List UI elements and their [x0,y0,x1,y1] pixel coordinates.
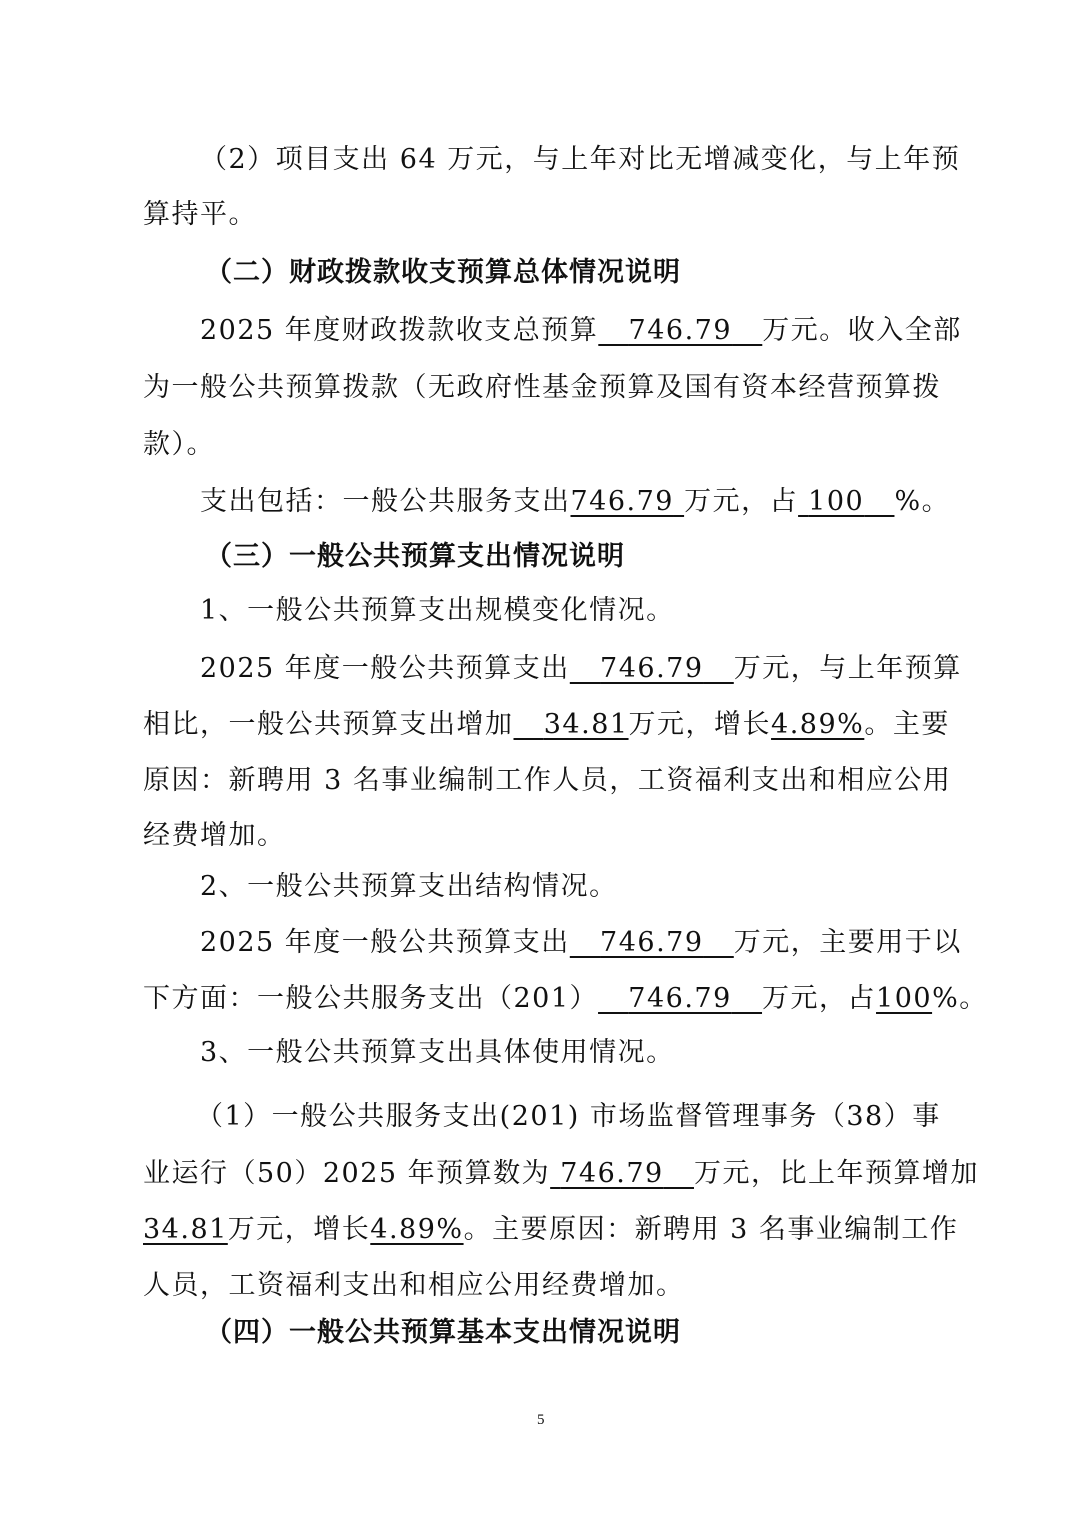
text: 万元，增长 [629,709,772,740]
text: 万元，占 [762,983,876,1014]
underlined-value: 746.79 [550,1158,694,1189]
subsection-2-title: 2、一般公共预算支出结构情况。 [200,870,618,904]
value: 746.79 [628,983,731,1014]
value: 746.79 [560,1158,663,1189]
underlined-percent: 100 [798,486,894,517]
value: 746.79 [629,315,732,346]
text: 万元，主要用于以 [734,927,962,958]
paragraph-scale-change: 2025 年度一般公共预算支出 746.79 万元，与上年预算 [200,652,962,686]
paragraph-structure: 2025 年度一般公共预算支出 746.79 万元，主要用于以 [200,926,962,960]
value: 34.81 [544,709,629,740]
document-page: （2）项目支出 64 万元，与上年对比无增减变化，与上年预 算持平。 （二）财政… [0,0,1074,1520]
paragraph-scale-change-reason-cont: 经费增加。 [143,819,286,853]
text: 万元。收入全部 [762,315,962,346]
text: 2025 年度一般公共预算支出 [200,653,570,684]
value: 746.79 [571,486,674,517]
underlined-value: 746.79 [570,653,734,684]
paragraph-fiscal-total: 2025 年度财政拨款收支总预算 746.79 万元。收入全部 [200,314,962,348]
text: 下方面：一般公共服务支出（201） [143,983,598,1014]
text: 。主要原因：新聘用 3 名事业编制工作 [464,1214,959,1245]
paragraph-specific-use-cont3: 人员，工资福利支出和相应公用经费增加。 [143,1269,685,1303]
text: 万元，比上年预算增加 [694,1158,979,1189]
subsection-3-title: 3、一般公共预算支出具体使用情况。 [200,1036,675,1070]
underlined-percent: 4.89% [771,709,864,740]
paragraph-project-expense: （2）项目支出 64 万元，与上年对比无增减变化，与上年预 [200,143,960,177]
text: 业运行（50）2025 年预算数为 [143,1158,550,1189]
subsection-1-title: 1、一般公共预算支出规模变化情况。 [200,594,675,628]
paragraph-project-expense-cont: 算持平。 [143,198,257,232]
underlined-percent: 100 [876,983,932,1014]
paragraph-fiscal-total-cont2: 款）。 [143,428,215,462]
paragraph-specific-use: （1）一般公共服务支出(201) 市场监督管理事务（38）事 [196,1100,941,1134]
paragraph-scale-change-reason: 原因：新聘用 3 名事业编制工作人员，工资福利支出和相应公用 [143,764,951,798]
page-number: 5 [537,1412,545,1429]
underlined-value: 34.81 [514,709,629,740]
paragraph-expense-includes: 支出包括：一般公共服务支出746.79 万元，占 100 %。 [200,485,950,519]
value: 100 [808,486,864,517]
text: 万元，占 [684,486,798,517]
underlined-value: 34.81 [143,1214,228,1245]
underlined-percent: 4.89% [370,1214,463,1245]
paragraph-structure-cont: 下方面：一般公共服务支出（201） 746.79 万元，占100%。 [143,982,988,1016]
section-heading-4: （四）一般公共预算基本支出情况说明 [205,1316,681,1350]
underlined-value: 746.79 [598,983,762,1014]
paragraph-specific-use-cont: 业运行（50）2025 年预算数为 746.79 万元，比上年预算增加 [143,1157,979,1191]
text: %。 [932,983,988,1014]
section-heading-3: （三）一般公共预算支出情况说明 [205,540,625,574]
text: 支出包括：一般公共服务支出 [200,486,571,517]
value: 746.79 [600,653,703,684]
text: 相比，一般公共预算支出增加 [143,709,514,740]
underlined-value: 746.79 [570,927,734,958]
underlined-value: 746.79 [598,315,762,346]
section-heading-2: （二）财政拨款收支预算总体情况说明 [205,256,681,290]
text: 2025 年度财政拨款收支总预算 [200,315,598,346]
text: 万元，与上年预算 [734,653,962,684]
underlined-value: 746.79 [571,486,685,517]
text: %。 [894,486,950,517]
paragraph-specific-use-cont2: 34.81万元，增长4.89%。主要原因：新聘用 3 名事业编制工作 [143,1213,958,1247]
text: 2025 年度一般公共预算支出 [200,927,570,958]
text: 。主要 [864,709,950,740]
value: 746.79 [600,927,703,958]
text: 万元，增长 [228,1214,371,1245]
paragraph-scale-change-cont: 相比，一般公共预算支出增加 34.81万元，增长4.89%。主要 [143,708,950,742]
paragraph-fiscal-total-cont: 为一般公共预算拨款（无政府性基金预算及国有资本经营预算拨 [143,371,941,405]
